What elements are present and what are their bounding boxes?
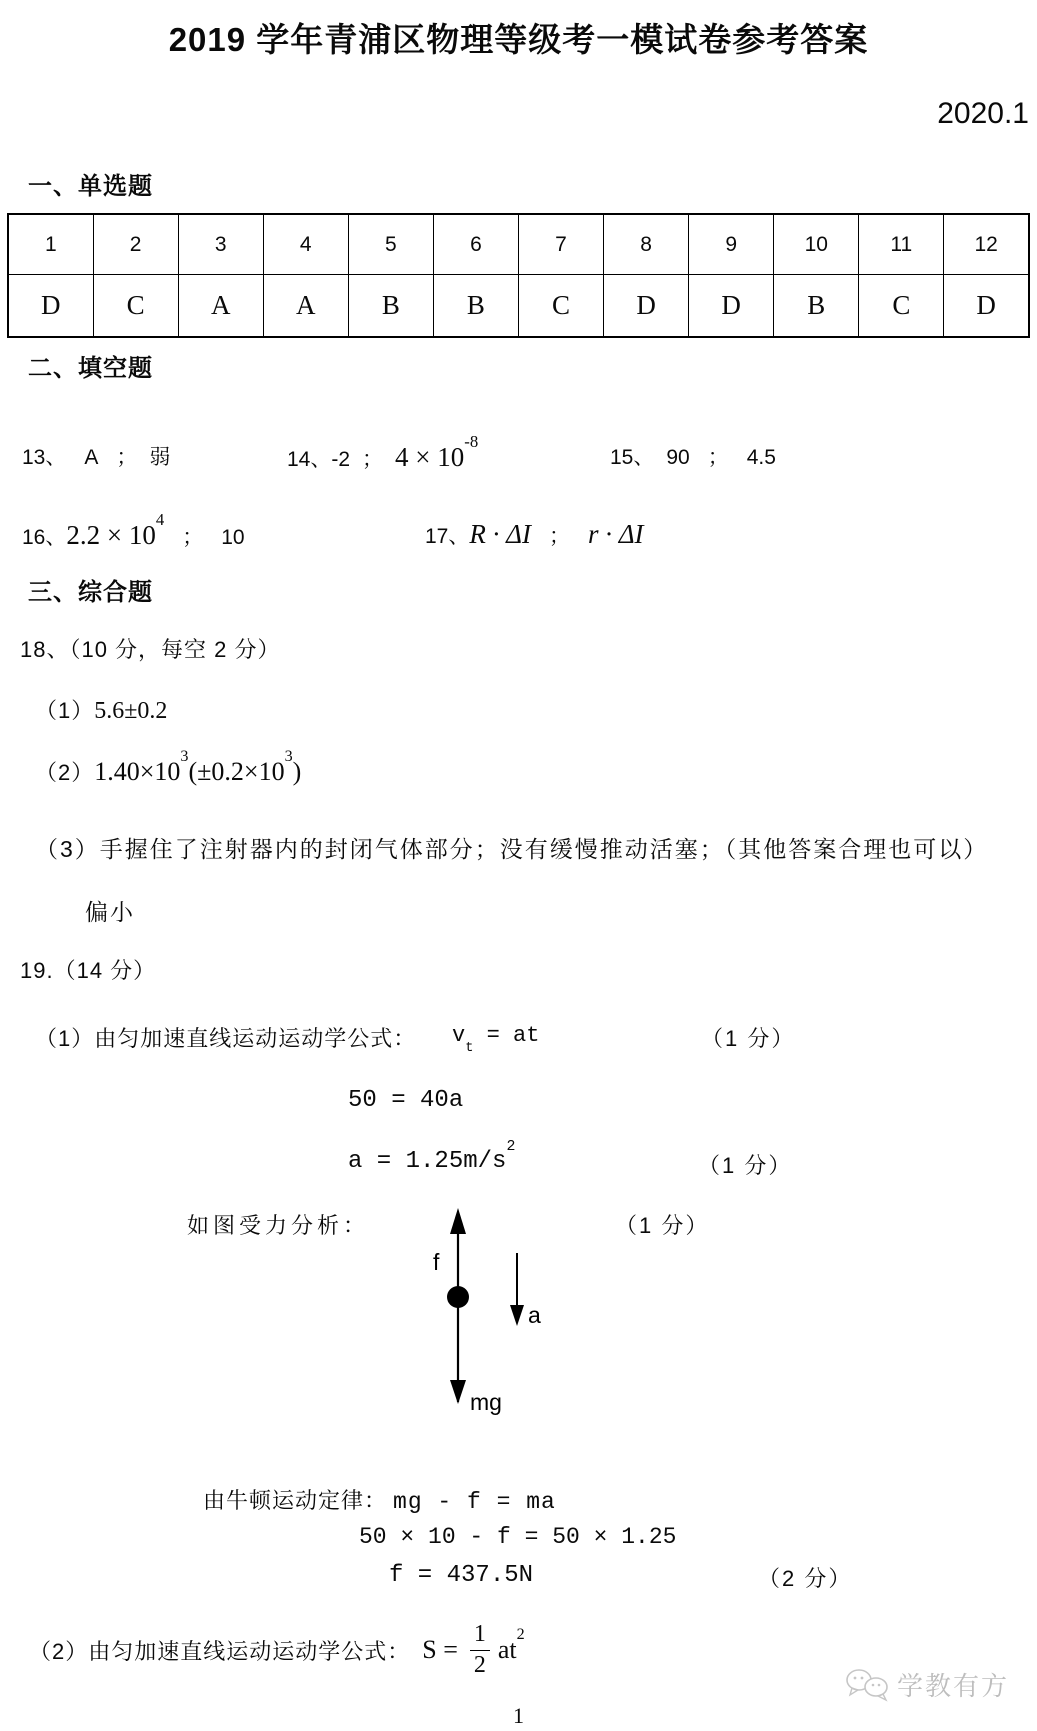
question-number-cell: 8 (604, 214, 689, 275)
answer-cell: D (944, 275, 1029, 338)
q18-part3-text: 手握住了注射器内的封闭气体部分；没有缓慢推动活塞；（其他答案合理也可以） (100, 836, 989, 862)
q13-value-2: 弱 (149, 446, 170, 469)
question-number-cell: 11 (859, 214, 944, 275)
fraction-one-half: 1 2 (470, 1622, 490, 1677)
equation-at-squared: at2 (498, 1635, 525, 1665)
q14-value-2: 4 × 10-8 (395, 442, 478, 472)
q16-answer: 16、2.2 × 104；10 (22, 519, 245, 551)
q19-heading: 19.（14 分） (20, 954, 156, 985)
question-number-cell: 7 (518, 214, 603, 275)
mcq-answer-table: 1 2 3 4 5 6 7 8 9 10 11 12 D C A A B B C (7, 213, 1030, 338)
answer-cell: B (774, 275, 859, 338)
question-number-cell: 5 (348, 214, 433, 275)
q18-part2: （2）1.40×103(±0.2×103) (35, 756, 301, 787)
answer-cell: D (8, 275, 93, 338)
q13-label: 13、 (22, 446, 66, 469)
a-exponent: 2 (506, 1139, 515, 1155)
watermark-text: 学教有方 (897, 1666, 1009, 1703)
mass-dot (447, 1286, 469, 1308)
equation-mg-f-ma: mg - f = ma (393, 1489, 556, 1515)
q17-label: 17、 (425, 525, 469, 548)
section-heading-comprehensive: 三、综合题 (28, 572, 153, 607)
q17-answer: 17、R · ΔI；r · ΔI (425, 519, 644, 550)
q16-separator: ； (182, 526, 203, 549)
fraction-bar (470, 1650, 490, 1651)
force-analysis-label: 如图受力分析： (187, 1209, 369, 1240)
fraction-denominator: 2 (474, 1653, 486, 1678)
q19-part1-label: （1） (35, 1026, 94, 1051)
score-badge-2: （1 分） (698, 1149, 792, 1180)
answer-cell: B (433, 275, 518, 338)
section-heading-mcq: 一、单选题 (28, 166, 153, 201)
q14-answer: 14、-2；4 × 10-8 (287, 441, 478, 473)
equation-vt-at: vt = at (452, 1023, 539, 1051)
wechat-bubbles-icon (845, 1667, 891, 1703)
q18-heading: 18、（10 分，每空 2 分） (20, 633, 281, 664)
mg-arrow-icon (450, 1380, 466, 1404)
at-exponent: 2 (517, 1626, 525, 1643)
watermark: 学教有方 (845, 1666, 1009, 1703)
equation-s-equals: S = (422, 1635, 458, 1665)
q16-label: 16、 (22, 526, 66, 549)
q15-label: 15、 (610, 446, 654, 469)
f-label: f (433, 1249, 440, 1275)
newton-law-line: 由牛顿运动定律：mg - f = ma (203, 1484, 556, 1515)
answer-cell: C (518, 275, 603, 338)
q18-part3-label: （3） (35, 836, 100, 862)
q17-value-1: R · ΔI (469, 519, 531, 549)
answer-cell: A (263, 275, 348, 338)
equation-50-40a: 50 = 40a (348, 1087, 463, 1114)
page-number: 1 (0, 1703, 1037, 1729)
score-badge-3: （1 分） (615, 1209, 709, 1240)
question-number-cell: 4 (263, 214, 348, 275)
newton-law-label: 由牛顿运动定律： (203, 1488, 387, 1513)
q19-part1-line: （1）由匀加速直线运动运动学公式： (35, 1022, 416, 1053)
q16-exponent: 4 (156, 510, 164, 529)
question-number-row: 1 2 3 4 5 6 7 8 9 10 11 12 (8, 214, 1029, 275)
question-number-cell: 9 (689, 214, 774, 275)
q19-part2-text: 由匀加速直线运动运动学公式： (88, 1635, 410, 1666)
q15-separator: ； (708, 446, 729, 469)
q18-part2-exponent-1: 3 (180, 748, 188, 765)
vt-subscript: t (465, 1041, 473, 1056)
answer-cell: B (348, 275, 433, 338)
q15-answer: 15、90；4.5 (610, 441, 776, 471)
q14-separator: ； (362, 448, 383, 471)
exam-date: 2020.1 (937, 97, 1029, 131)
answer-cell: C (859, 275, 944, 338)
answer-table: 1 2 3 4 5 6 7 8 9 10 11 12 D C A A B B C (7, 213, 1030, 338)
question-number-cell: 12 (944, 214, 1029, 275)
equation-50x10: 50 × 10 - f = 50 × 1.25 (359, 1524, 676, 1550)
q18-part3: （3）手握住了注射器内的封闭气体部分；没有缓慢推动活塞；（其他答案合理也可以） (35, 831, 988, 864)
answer-cell: D (689, 275, 774, 338)
equation-a-125: a = 1.25m/s2 (348, 1147, 515, 1175)
answer-cell: A (178, 275, 263, 338)
q18-part3-line2: 偏小 (85, 894, 135, 927)
q18-part2-label: （2） (35, 760, 94, 785)
q18-part1-value: 5.6±0.2 (94, 698, 167, 724)
score-badge-1: （1 分） (701, 1022, 795, 1053)
q13-value-1: A (84, 446, 98, 469)
section-heading-fill: 二、填空题 (28, 348, 153, 383)
question-number-cell: 10 (774, 214, 859, 275)
fraction-numerator: 1 (474, 1622, 486, 1647)
a-arrow-icon (510, 1253, 524, 1326)
q14-value-1: -2 (331, 448, 350, 471)
answer-letter-row: D C A A B B C D D B C D (8, 275, 1029, 338)
q18-part1-label: （1） (35, 698, 94, 723)
q14-exponent: -8 (464, 432, 478, 451)
q18-part1: （1）5.6±0.2 (35, 694, 167, 725)
q19-part2-line: （2）由匀加速直线运动运动学公式： S = 1 2 at2 (29, 1608, 525, 1692)
score-badge-4: （2 分） (758, 1562, 852, 1593)
answer-cell: D (604, 275, 689, 338)
question-number-cell: 6 (433, 214, 518, 275)
q16-value-1: 2.2 × 104 (66, 520, 164, 550)
q13-separator: ； (116, 446, 137, 469)
mg-label: mg (470, 1389, 502, 1415)
q14-label: 14、 (287, 448, 331, 471)
question-number-cell: 2 (93, 214, 178, 275)
q16-value-2: 10 (221, 526, 244, 549)
answer-cell: C (93, 275, 178, 338)
answer-sheet-page: 2019 学年青浦区物理等级考一模试卷参考答案 2020.1 一、单选题 1 2… (0, 0, 1037, 1731)
q17-value-2: r · ΔI (588, 519, 644, 549)
q18-part2-exponent-2: 3 (285, 748, 293, 765)
q15-value-1: 90 (666, 446, 689, 469)
equation-f-437: f = 437.5N (389, 1562, 533, 1589)
q13-answer: 13、A；弱 (22, 441, 170, 471)
q15-value-2: 4.5 (747, 446, 776, 469)
q19-part2-label: （2） (29, 1635, 88, 1666)
page-title: 2019 学年青浦区物理等级考一模试卷参考答案 (0, 14, 1037, 61)
question-number-cell: 3 (178, 214, 263, 275)
q18-part2-value: 1.40×103(±0.2×103) (94, 757, 301, 786)
question-number-cell: 1 (8, 214, 93, 275)
q19-part1-text: 由匀加速直线运动运动学公式： (94, 1026, 416, 1051)
force-diagram: f a mg (370, 1192, 590, 1424)
a-label: a (528, 1302, 541, 1328)
q17-separator: ； (549, 525, 570, 548)
